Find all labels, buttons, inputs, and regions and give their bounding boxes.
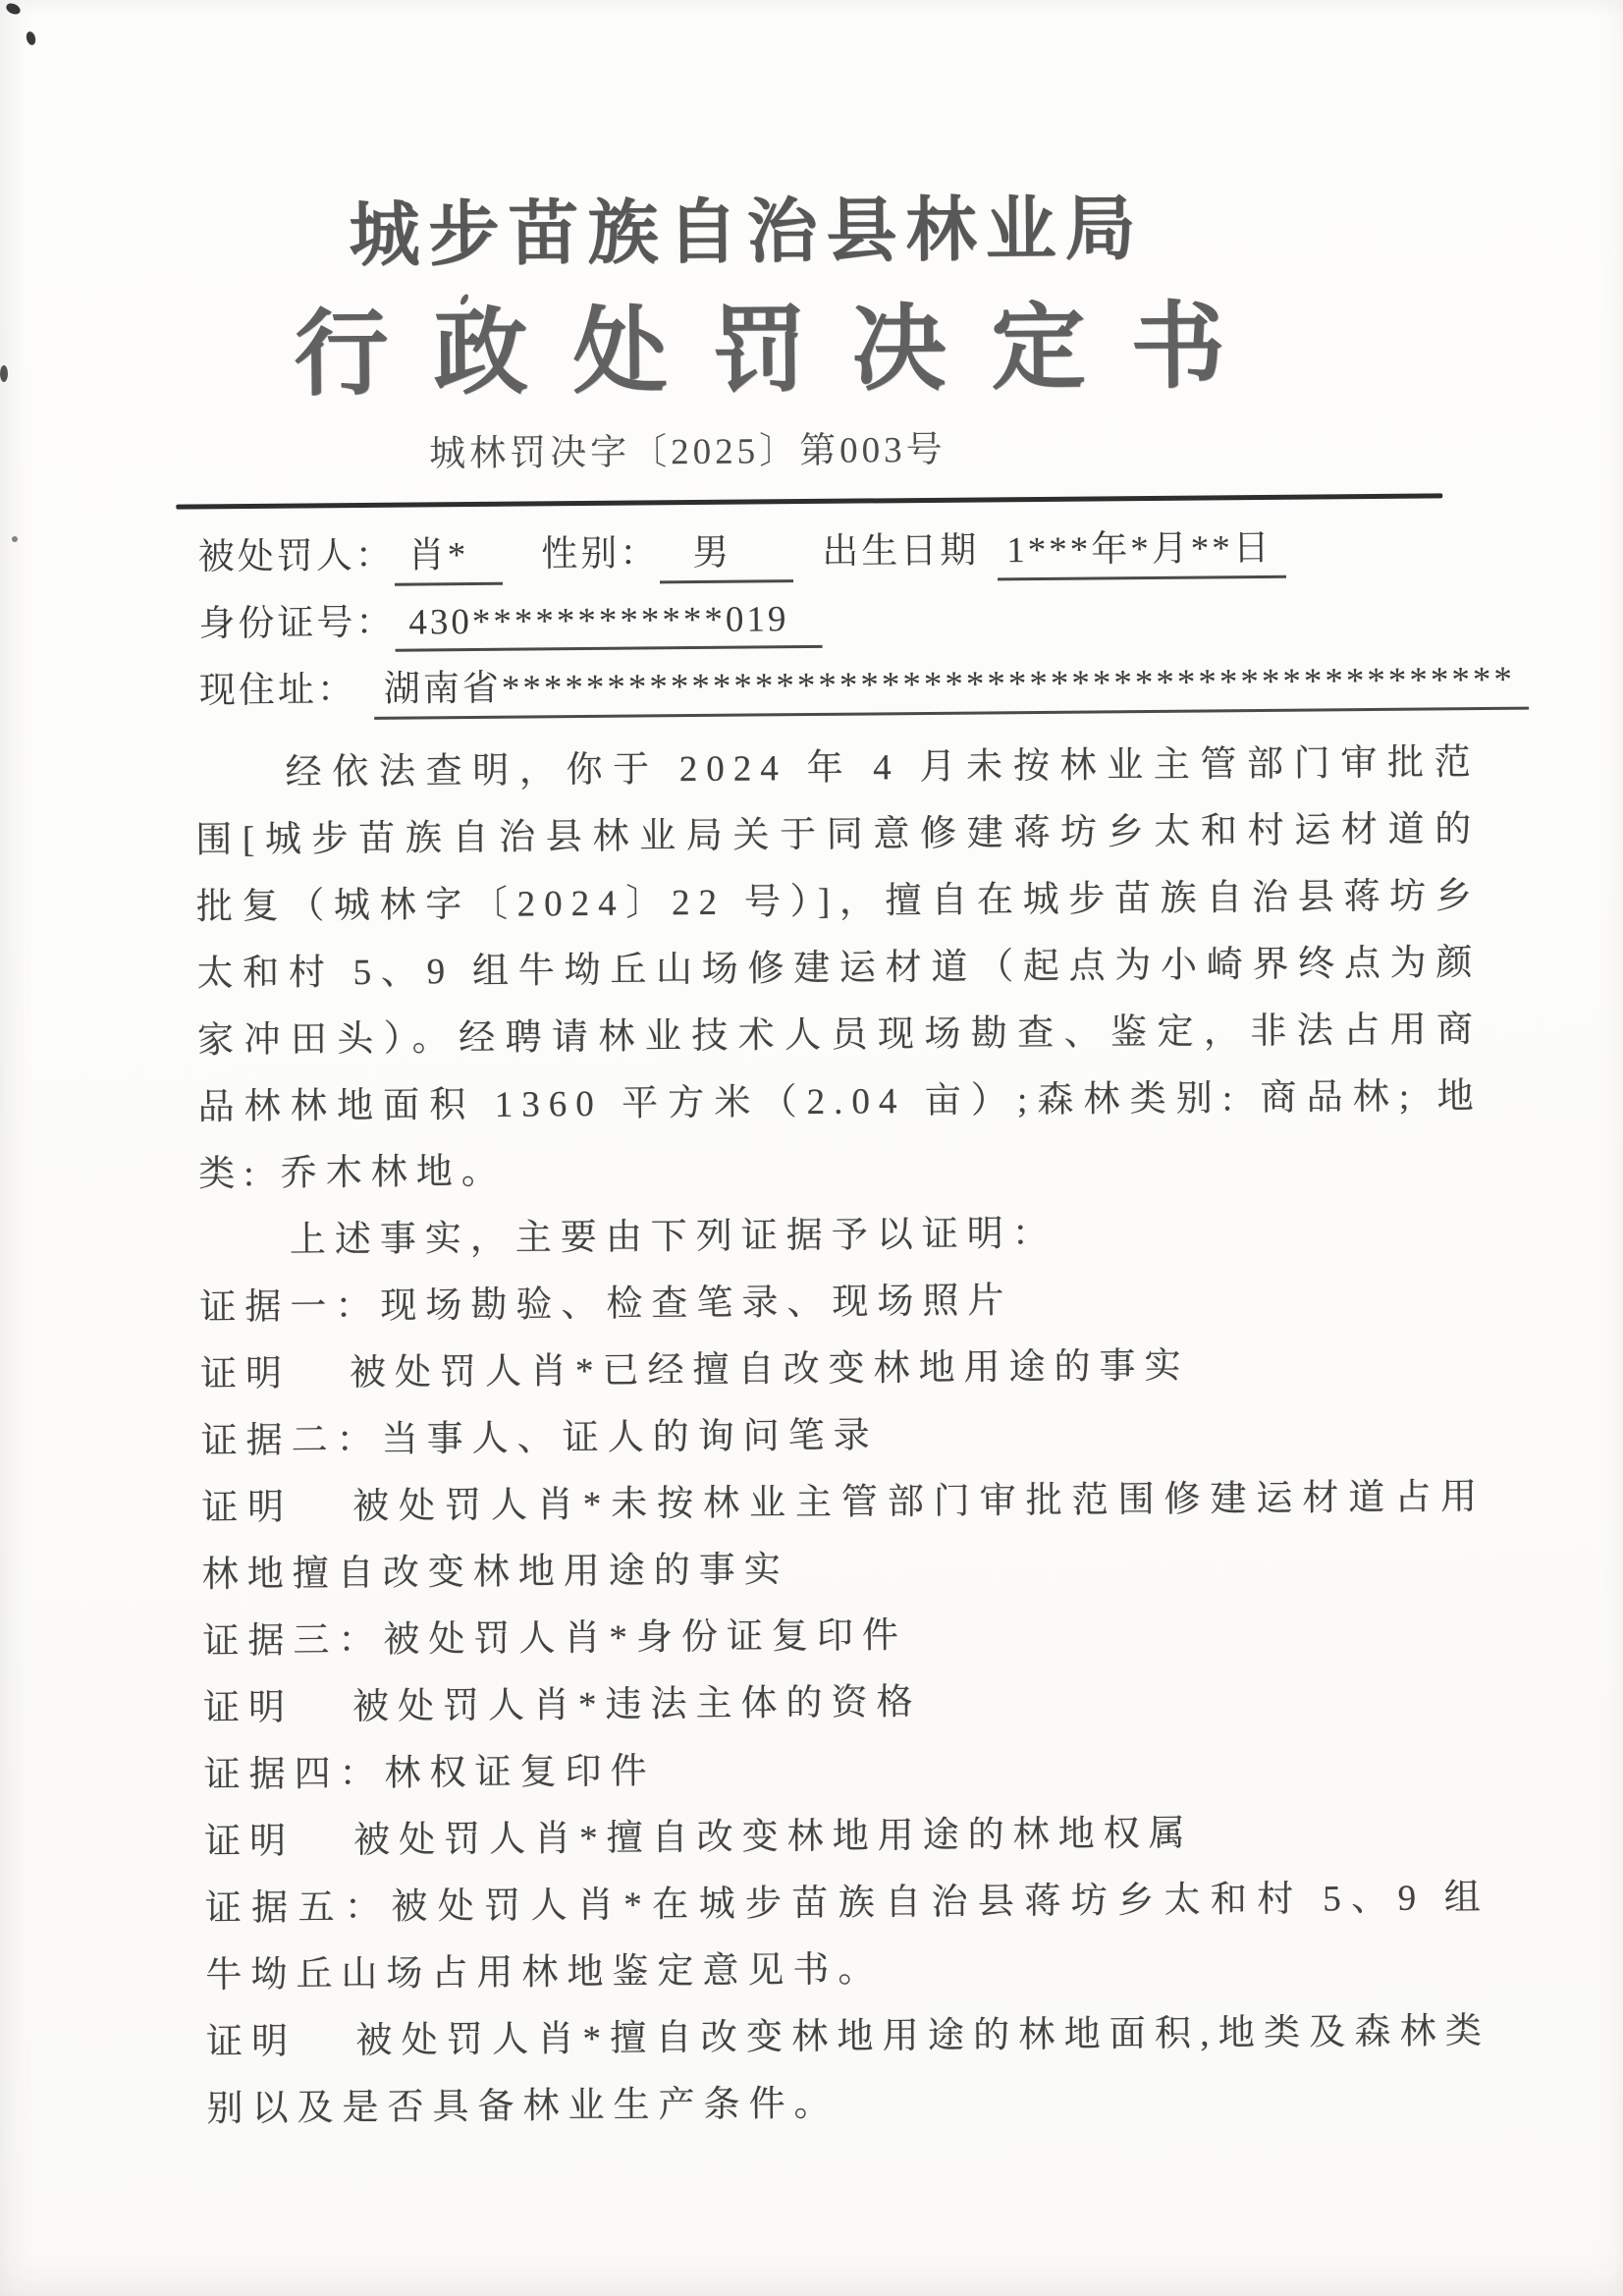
evidence-item: 证据四：林权证复印件 (203, 1731, 1488, 1809)
evidence-text: 被处罚人肖*在城步苗族自治县蒋坊乡太和村 5、9 组牛坳丘山场占用林地鉴定意见书… (205, 1878, 1489, 1995)
evidence-item: 证据五：被处罚人肖*在城步苗族自治县蒋坊乡太和村 5、9 组牛坳丘山场占用林地鉴… (204, 1865, 1489, 2009)
penalized-person-field: 被处罚人： 肖* 性别： 男 出生日期 1***年*月**日 (197, 515, 1619, 588)
evidence-label: 证据四： (203, 1754, 384, 1796)
proof-label: 证明 (200, 1354, 291, 1395)
proof-label: 证明 (206, 2022, 298, 2063)
proof-label: 证明 (204, 1822, 295, 1863)
document-content: 城步苗族自治县林业局 行政处罚决定书 城林罚决字〔2025〕第003号 被处罚人… (0, 0, 1623, 2296)
proof-row: 证明被处罚人肖*擅自改变林地用途的林地面积,地类及森林类别以及是否具备林业生产条… (206, 1998, 1491, 2143)
address-field: 现住址： 湖南省********************************… (199, 648, 1621, 722)
evidence-text: 现场勘验、检查笔录、现场照片 (380, 1281, 1012, 1327)
evidence-text: 被处罚人肖*身份证复印件 (383, 1615, 907, 1661)
proof-row: 证明被处罚人肖*违法主体的资格 (203, 1665, 1488, 1742)
document-body: 经依法查明，你于 2024 年 4 月未按林业主管部门审批范围[城步苗族自治县林… (194, 730, 1490, 2143)
id-number-label: 身份证号： (198, 592, 395, 647)
evidence-text: 林权证复印件 (384, 1752, 655, 1794)
proof-label: 证明 (201, 1488, 294, 1529)
doc-number: 城林罚决字〔2025〕第003号 (0, 414, 1499, 481)
evidence-item: 证据一：现场勘验、检查笔录、现场照片 (199, 1264, 1485, 1341)
id-number-field: 身份证号： 430************019 (198, 581, 1620, 655)
agency-title: 城步苗族自治县林业局 (0, 188, 1558, 277)
evidence-label: 证据三： (202, 1620, 383, 1663)
gender-label: 性别： (541, 523, 659, 577)
evidence-text: 当事人、证人的询问笔录 (381, 1416, 878, 1460)
evidence-list: 证据一：现场勘验、检查笔录、现场照片 证明被处罚人肖*已经擅自改变林地用途的事实… (199, 1264, 1491, 2143)
proof-text: 被处罚人肖*已经擅自改变林地用途的事实 (350, 1346, 1190, 1394)
address-label: 现住址： (199, 659, 356, 713)
party-info-fields: 被处罚人： 肖* 性别： 男 出生日期 1***年*月**日 身份证号： 430… (197, 515, 1621, 722)
id-number-value: 430************019 (395, 598, 822, 652)
findings-paragraph: 经依法查明，你于 2024 年 4 月未按林业主管部门审批范围[城步苗族自治县林… (194, 730, 1483, 1208)
doc-title: 行政处罚决定书 (0, 297, 1571, 407)
evidence-label: 证据一： (199, 1286, 380, 1329)
birth-date-label: 出生日期 (822, 520, 979, 574)
evidence-item: 证据三：被处罚人肖*身份证复印件 (202, 1598, 1488, 1675)
penalized-person-value: 肖* (394, 524, 502, 586)
evidence-intro: 上述事实，主要由下列证据予以证明： (199, 1197, 1485, 1275)
evidence-label: 证据二： (200, 1420, 381, 1462)
scanned-document-page: 城步苗族自治县林业局 行政处罚决定书 城林罚决字〔2025〕第003号 被处罚人… (0, 0, 1623, 2296)
proof-text: 被处罚人肖*未按林业主管部门审批范围修建运材道占用林地擅自改变林地用途的事实 (202, 1477, 1487, 1595)
title-divider (176, 494, 1442, 510)
evidence-label: 证据五： (205, 1887, 392, 1930)
evidence-item: 证据二：当事人、证人的询问笔录 (200, 1397, 1486, 1475)
proof-label: 证明 (203, 1688, 294, 1729)
proof-text: 被处罚人肖*违法主体的资格 (352, 1682, 922, 1727)
proof-row: 证明被处罚人肖*擅自改变林地用途的林地权属 (204, 1798, 1489, 1876)
address-value: 湖南省*************************************… (374, 649, 1529, 720)
gender-value: 男 (659, 521, 793, 583)
birth-date-value: 1***年*月**日 (997, 518, 1286, 581)
proof-row: 证明被处罚人肖*已经擅自改变林地用途的事实 (200, 1331, 1486, 1408)
penalized-person-label: 被处罚人： (197, 525, 394, 580)
proof-text: 被处罚人肖*擅自改变林地用途的林地面积,地类及森林类别以及是否具备林业生产条件。 (206, 2011, 1490, 2129)
proof-row: 证明被处罚人肖*未按林业主管部门审批范围修建运材道占用林地擅自改变林地用途的事实 (201, 1464, 1487, 1609)
proof-text: 被处罚人肖*擅自改变林地用途的林地权属 (353, 1814, 1194, 1861)
